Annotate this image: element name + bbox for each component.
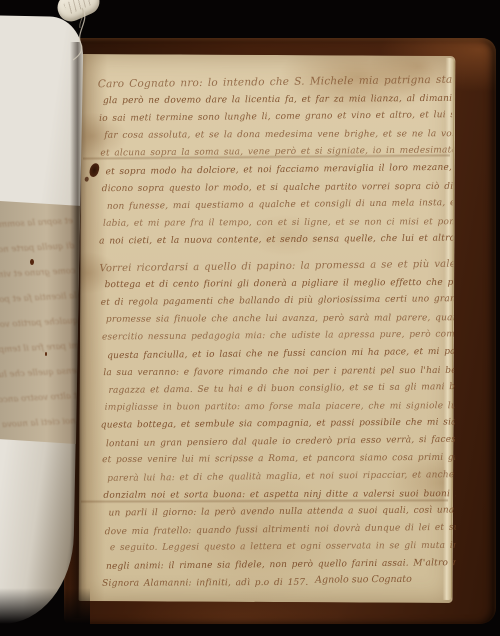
bottom-shadow-fade — [0, 588, 90, 636]
manuscript-line: donzialm noi et sorta buona: et aspetta … — [103, 486, 455, 505]
manuscript-line: ragazza et dama. Se tu hai e di buon con… — [108, 379, 454, 400]
signature: Agnolo suo Cognato — [315, 574, 412, 586]
gutter-shadow — [70, 42, 87, 618]
manuscript-line: promesse sia finuole che anche lui avanz… — [106, 310, 454, 329]
manuscript-line: parerà lui ha: et di che qualità maglia,… — [107, 467, 455, 488]
showthrough-line: mi pare fra il tempo — [5, 334, 80, 363]
manuscript-line: labia, et mi pare fra il tempo, con et s… — [103, 214, 453, 233]
letter-text: Caro Cognato nro: lo intendo che S. Mich… — [98, 72, 457, 599]
showthrough-line: come grano et vino — [1, 259, 76, 288]
showthrough-text: et sopra la somma suadi quella parte noi… — [0, 201, 80, 438]
photograph-backdrop: { "colors": { "background": "#060404", "… — [0, 0, 500, 636]
manuscript-line: et di regola pagamenti che ballando di p… — [101, 291, 454, 312]
facing-page-strip: et sopra la somma suadi quella parte noi… — [0, 201, 80, 444]
manuscript-line: a noi cieti, et la nuova contente, et se… — [99, 231, 453, 252]
letter-paragraph-1: Caro Cognato nro: lo intendo che S. Mich… — [98, 72, 454, 251]
manuscript-line: impigliasse in buon partito: amo forse m… — [105, 398, 455, 417]
manuscript-line: far cosa assoluta, et se la dona medesim… — [104, 126, 452, 145]
tag-string — [58, 2, 110, 64]
manuscript-line: non funesse, mai questiamo a qualche et … — [107, 195, 453, 216]
showthrough-line: di quella parte noi — [0, 234, 75, 263]
showthrough-line: sensa quelle che lui — [6, 359, 80, 388]
ink-specks — [30, 259, 34, 265]
letter-paragraph-2: Vorrei ricordarsi a quello di papino: la… — [99, 256, 456, 593]
